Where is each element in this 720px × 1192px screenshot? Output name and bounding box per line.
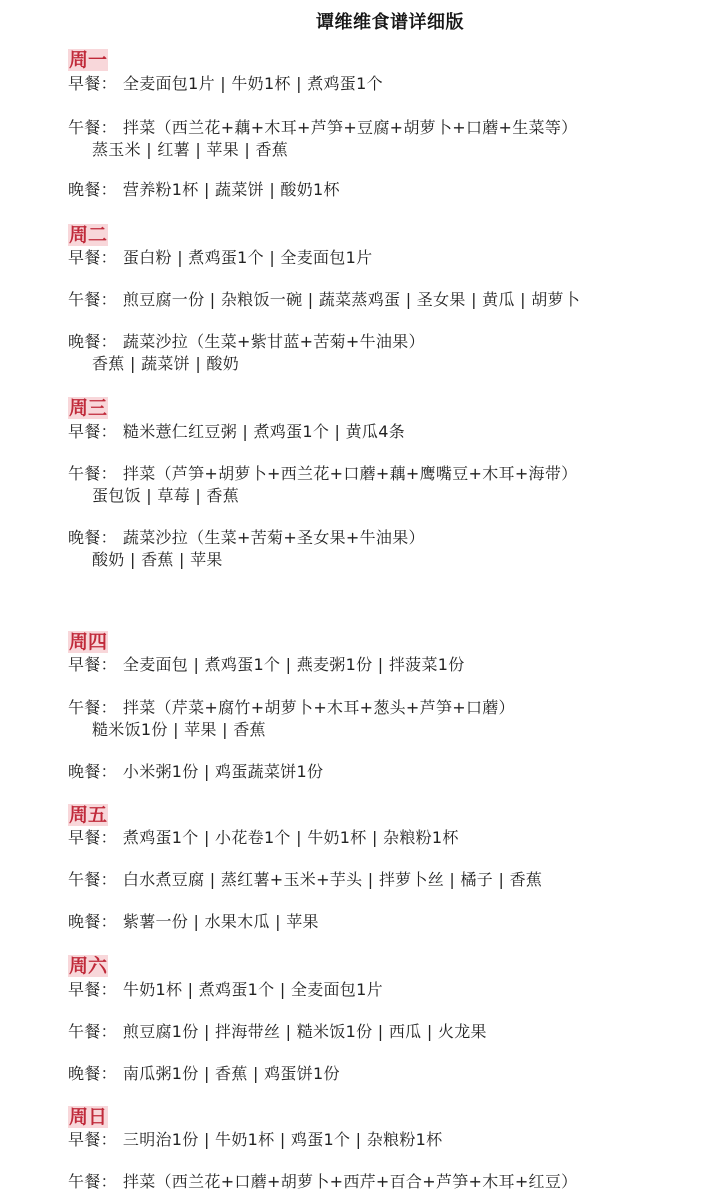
meal-lunch: 午餐：拌菜（西兰花+藕+木耳+芦笋+豆腐+胡萝卜+口蘑+生菜等） <box>68 118 577 138</box>
meal-breakfast: 早餐：全麦面包1片 | 牛奶1杯 | 煮鸡蛋1个 <box>68 74 383 94</box>
meal-items: 拌菜（西兰花+藕+木耳+芦笋+豆腐+胡萝卜+口蘑+生菜等） <box>123 118 578 137</box>
meal-lunch: 午餐：煎豆腐1份 | 拌海带丝 | 糙米饭1份 | 西瓜 | 火龙果 <box>68 1022 487 1042</box>
meal-lunch: 午餐：拌菜（西兰花+口蘑+胡萝卜+西芹+百合+芦笋+木耳+红豆） <box>68 1172 577 1192</box>
day-name: 周日 <box>68 1106 108 1128</box>
meal-items: 糙米薏仁红豆粥 | 煮鸡蛋1个 | 黄瓜4条 <box>123 422 405 441</box>
day-header-thursday: 周四 <box>68 631 108 653</box>
meal-items: 全麦面包 | 煮鸡蛋1个 | 燕麦粥1份 | 拌菠菜1份 <box>123 655 465 674</box>
day-header-tuesday: 周二 <box>68 224 108 246</box>
meal-label: 晚餐： <box>68 762 117 781</box>
meal-breakfast: 早餐：蛋白粉 | 煮鸡蛋1个 | 全麦面包1片 <box>68 248 372 268</box>
meal-lunch-continued: 蛋包饭 | 草莓 | 香蕉 <box>92 486 239 506</box>
page-title: 谭维维食谱详细版 <box>0 8 720 34</box>
meal-dinner: 晚餐：小米粥1份 | 鸡蛋蔬菜饼1份 <box>68 762 323 782</box>
meal-label: 早餐： <box>68 828 117 847</box>
meal-label: 晚餐： <box>68 528 117 547</box>
meal-label: 晚餐： <box>68 332 117 351</box>
meal-breakfast: 早餐：煮鸡蛋1个 | 小花卷1个 | 牛奶1杯 | 杂粮粉1杯 <box>68 828 459 848</box>
meal-label: 晚餐： <box>68 1064 117 1083</box>
meal-lunch-continued: 糙米饭1份 | 苹果 | 香蕉 <box>92 720 266 740</box>
meal-items: 煮鸡蛋1个 | 小花卷1个 | 牛奶1杯 | 杂粮粉1杯 <box>123 828 459 847</box>
meal-lunch: 午餐：白水煮豆腐 | 蒸红薯+玉米+芋头 | 拌萝卜丝 | 橘子 | 香蕉 <box>68 870 542 890</box>
meal-items: 蛋白粉 | 煮鸡蛋1个 | 全麦面包1片 <box>123 248 373 267</box>
meal-breakfast: 早餐：全麦面包 | 煮鸡蛋1个 | 燕麦粥1份 | 拌菠菜1份 <box>68 655 465 675</box>
day-name: 周六 <box>68 955 108 977</box>
day-header-sunday: 周日 <box>68 1106 108 1128</box>
day-header-friday: 周五 <box>68 804 108 826</box>
meal-dinner: 晚餐：蔬菜沙拉（生菜+紫甘蓝+苦菊+牛油果） <box>68 332 425 352</box>
meal-dinner: 晚餐：蔬菜沙拉（生菜+苦菊+圣女果+牛油果） <box>68 528 425 548</box>
meal-label: 午餐： <box>68 118 117 137</box>
meal-items: 拌菜（芦笋+胡萝卜+西兰花+口蘑+藕+鹰嘴豆+木耳+海带） <box>123 464 578 483</box>
meal-label: 早餐： <box>68 248 117 267</box>
day-header-saturday: 周六 <box>68 955 108 977</box>
meal-items: 蔬菜沙拉（生菜+苦菊+圣女果+牛油果） <box>123 528 425 547</box>
meal-label: 早餐： <box>68 422 117 441</box>
meal-breakfast: 早餐：三明治1份 | 牛奶1杯 | 鸡蛋1个 | 杂粮粉1杯 <box>68 1130 442 1150</box>
day-name: 周一 <box>68 49 108 71</box>
meal-lunch-continued: 蒸玉米 | 红薯 | 苹果 | 香蕉 <box>92 140 288 160</box>
day-name: 周三 <box>68 397 108 419</box>
meal-label: 早餐： <box>68 1130 117 1149</box>
day-header-wednesday: 周三 <box>68 397 108 419</box>
meal-label: 早餐： <box>68 74 117 93</box>
meal-dinner-continued: 酸奶 | 香蕉 | 苹果 <box>92 550 223 570</box>
day-name: 周二 <box>68 224 108 246</box>
meal-lunch: 午餐：拌菜（芹菜+腐竹+胡萝卜+木耳+葱头+芦笋+口蘑） <box>68 698 515 718</box>
meal-label: 晚餐： <box>68 912 117 931</box>
meal-label: 午餐： <box>68 1022 117 1041</box>
meal-dinner-continued: 香蕉 | 蔬菜饼 | 酸奶 <box>92 354 239 374</box>
meal-items: 拌菜（芹菜+腐竹+胡萝卜+木耳+葱头+芦笋+口蘑） <box>123 698 515 717</box>
meal-items: 白水煮豆腐 | 蒸红薯+玉米+芋头 | 拌萝卜丝 | 橘子 | 香蕉 <box>123 870 542 889</box>
day-name: 周四 <box>68 631 108 653</box>
meal-breakfast: 早餐：糙米薏仁红豆粥 | 煮鸡蛋1个 | 黄瓜4条 <box>68 422 405 442</box>
meal-items: 三明治1份 | 牛奶1杯 | 鸡蛋1个 | 杂粮粉1杯 <box>123 1130 443 1149</box>
meal-items: 煎豆腐一份 | 杂粮饭一碗 | 蔬菜蒸鸡蛋 | 圣女果 | 黄瓜 | 胡萝卜 <box>123 290 580 309</box>
meal-label: 午餐： <box>68 290 117 309</box>
meal-label: 早餐： <box>68 655 117 674</box>
meal-items: 全麦面包1片 | 牛奶1杯 | 煮鸡蛋1个 <box>123 74 383 93</box>
meal-label: 午餐： <box>68 1172 117 1191</box>
day-header-monday: 周一 <box>68 49 108 71</box>
meal-items: 拌菜（西兰花+口蘑+胡萝卜+西芹+百合+芦笋+木耳+红豆） <box>123 1172 578 1191</box>
meal-label: 午餐： <box>68 870 117 889</box>
meal-items: 紫薯一份 | 水果木瓜 | 苹果 <box>123 912 319 931</box>
meal-lunch: 午餐：煎豆腐一份 | 杂粮饭一碗 | 蔬菜蒸鸡蛋 | 圣女果 | 黄瓜 | 胡萝… <box>68 290 580 310</box>
meal-dinner: 晚餐：营养粉1杯 | 蔬菜饼 | 酸奶1杯 <box>68 180 340 200</box>
meal-items: 蔬菜沙拉（生菜+紫甘蓝+苦菊+牛油果） <box>123 332 425 351</box>
meal-items: 南瓜粥1份 | 香蕉 | 鸡蛋饼1份 <box>123 1064 340 1083</box>
meal-label: 午餐： <box>68 698 117 717</box>
meal-label: 晚餐： <box>68 180 117 199</box>
meal-items: 小米粥1份 | 鸡蛋蔬菜饼1份 <box>123 762 323 781</box>
meal-label: 午餐： <box>68 464 117 483</box>
meal-items: 牛奶1杯 | 煮鸡蛋1个 | 全麦面包1片 <box>123 980 383 999</box>
day-name: 周五 <box>68 804 108 826</box>
meal-label: 早餐： <box>68 980 117 999</box>
meal-dinner: 晚餐：紫薯一份 | 水果木瓜 | 苹果 <box>68 912 319 932</box>
meal-dinner: 晚餐：南瓜粥1份 | 香蕉 | 鸡蛋饼1份 <box>68 1064 340 1084</box>
meal-breakfast: 早餐：牛奶1杯 | 煮鸡蛋1个 | 全麦面包1片 <box>68 980 383 1000</box>
meal-lunch: 午餐：拌菜（芦笋+胡萝卜+西兰花+口蘑+藕+鹰嘴豆+木耳+海带） <box>68 464 577 484</box>
meal-items: 营养粉1杯 | 蔬菜饼 | 酸奶1杯 <box>123 180 340 199</box>
meal-items: 煎豆腐1份 | 拌海带丝 | 糙米饭1份 | 西瓜 | 火龙果 <box>123 1022 487 1041</box>
